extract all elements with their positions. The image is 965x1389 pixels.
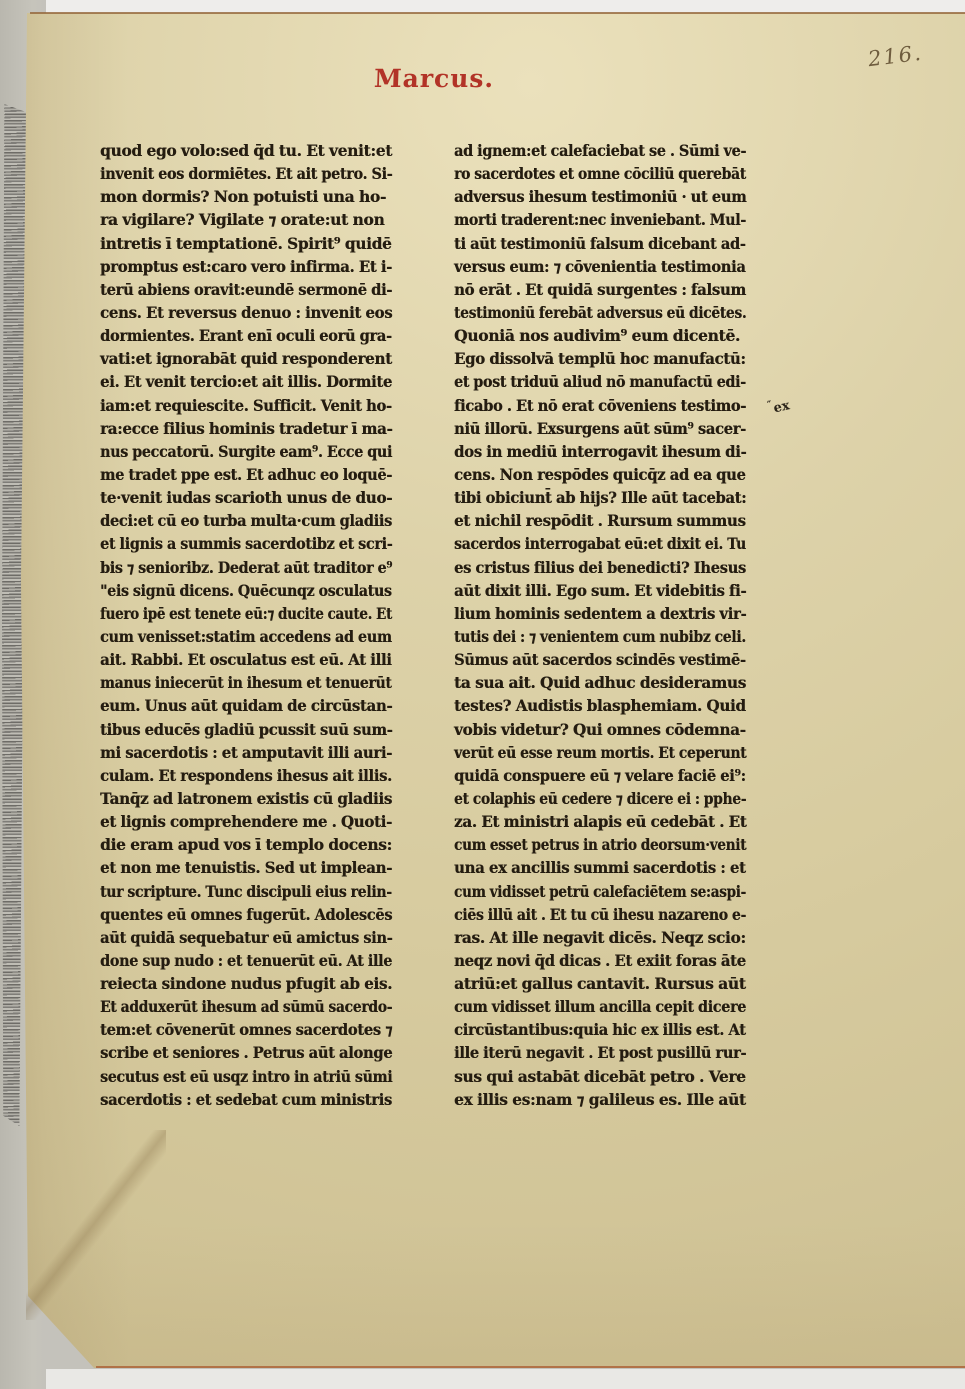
- text-line: mon dormis? Non potuisti una ho-: [100, 185, 392, 208]
- text-line: nus peccatorū. Surgite eam⁹. Ecce qui: [100, 440, 368, 463]
- text-line: aūt dixit illi. Ego sum. Et videbitis fi…: [454, 579, 734, 602]
- text-line: Quoniā nos audivim⁹ eum dicentē.: [454, 324, 746, 347]
- text-line: "eis signū dicens. Quēcunqz osculatus: [100, 579, 366, 602]
- text-line: nō erāt . Et quidā surgentes : falsum: [454, 278, 734, 301]
- text-line: ciēs illū ait . Et tu cū ihesu nazareno …: [454, 903, 717, 926]
- text-line: vobis videtur? Qui omnes cōdemna-: [454, 718, 740, 741]
- text-line: cum vidisset illum ancilla cepit dicere: [454, 995, 723, 1018]
- text-line: verūt eū esse reum mortis. Et ceperunt: [454, 741, 716, 764]
- manuscript-photo: Marcus. 216. ex quod ego volo:sed q̄d tu…: [0, 0, 965, 1389]
- text-line: ad ignem:et calefaciebat se . Sūmi ve-: [454, 139, 725, 162]
- text-line: morti traderent:nec inveniebant. Mul-: [454, 208, 721, 231]
- text-line: ras. At ille negavit dicēs. Neqz scio:: [454, 926, 743, 949]
- text-line: invenit eos dormiētes. Et ait petro. Si-: [100, 162, 370, 185]
- text-line: cum venisset:statim accedens ad eum: [100, 625, 370, 648]
- text-line: versus eum: ⁊ cōvenientia testimonia: [454, 255, 730, 278]
- text-line: Tanq̄z ad latronem existis cū gladiis: [100, 787, 385, 810]
- text-line: me tradet ppe est. Et adhuc eo loquē-: [100, 463, 373, 486]
- text-line: scribe et seniores . Petrus aūt alonge: [100, 1041, 376, 1064]
- text-line: tibi obiciunt̄ ab hijs? Ille aūt tacebat…: [454, 486, 731, 509]
- text-line: promptus est:caro vero infirma. Et i-: [100, 255, 380, 278]
- text-line: ait. Rabbi. Et osculatus est eū. At illi: [100, 648, 380, 671]
- text-line: testes? Audistis blasphemiam. Quid: [454, 694, 739, 717]
- text-line: lium hominis sedentem a dextris vir-: [454, 602, 733, 625]
- text-line: cum esset petrus in atrio deorsum·venit: [454, 833, 710, 856]
- text-line: atriū:et gallus cantavit. Rursus aūt: [454, 972, 746, 995]
- text-line: fuero ipē est tenete eū:⁊ ducite caute. …: [100, 602, 353, 625]
- text-line: bis ⁊ senioribz. Dederat aūt traditor e⁹: [100, 556, 368, 579]
- text-line: Sūmus aūt sacerdos scindēs vestimē-: [454, 648, 728, 671]
- text-line: manus iniecerūt in ihesum et tenuerūt: [100, 671, 363, 694]
- text-line: neqz novi q̄d dicas . Et exiit foras āte: [454, 949, 734, 972]
- photo-background-bottom: [0, 1369, 965, 1389]
- text-line: quentes eū omnes fugerūt. Adolescēs: [100, 903, 373, 926]
- text-line: cens. Non respōdes quicq̄z ad ea que: [454, 463, 732, 486]
- text-line: Ego dissolvā templū hoc manufactū:: [454, 347, 734, 370]
- text-line: una ex ancillis summi sacerdotis : et: [454, 856, 734, 879]
- text-line: sacerdos interrogabat eū:et dixit ei. Tu: [454, 532, 717, 555]
- text-line: et nichil respōdit . Rursum summus: [454, 509, 738, 532]
- text-line: sus qui astabāt dicebāt petro . Vere: [454, 1065, 744, 1088]
- text-line: te·venit iudas scarioth unus de duo-: [100, 486, 385, 509]
- text-line: dos in mediū interrogavit ihesum di-: [454, 440, 734, 463]
- text-line: eum. Unus aūt quidam de circūstan-: [100, 694, 380, 717]
- text-line: ro sacerdotes et omne cōciliū querebāt: [454, 162, 716, 185]
- text-line: dormientes. Erant enī oculi eorū gra-: [100, 324, 374, 347]
- text-line: ta sua ait. Quid adhuc desideramus: [454, 671, 743, 694]
- text-line: die eram apud vos ī templo docens:: [100, 833, 390, 856]
- text-line: ille iterū negavit . Et post pusillū rur…: [454, 1041, 728, 1064]
- page-bottom-edge: [96, 1366, 965, 1368]
- text-line: et lignis comprehendere me . Quoti-: [100, 810, 382, 833]
- text-line: circūstantibus:quia hic ex illis est. At: [454, 1018, 729, 1041]
- text-line: aūt quidā sequebatur eū amictus sin-: [100, 926, 374, 949]
- text-line: tibus educēs gladiū pcussit suū sum-: [100, 718, 377, 741]
- text-line: tem:et cōvenerūt omnes sacerdotes ⁊: [100, 1018, 376, 1041]
- text-line: quidā conspuere eū ⁊ velare faciē ei⁹:: [454, 764, 730, 787]
- text-line: ra:ecce filius hominis tradetur ī ma-: [100, 417, 383, 440]
- text-line: ex illis es:nam ⁊ galileus es. Ille aūt: [454, 1088, 744, 1111]
- text-column-left: quod ego volo:sed q̄d tu. Et venit:etinv…: [100, 139, 392, 1111]
- text-line: testimoniū ferebāt adversus eū dicētes.: [454, 301, 713, 324]
- text-line: niū illorū. Exsurgens aūt sūm⁹ sacer-: [454, 417, 730, 440]
- text-line: deci:et cū eo turba multa·cum gladiis: [100, 509, 373, 532]
- text-line: et post triduū aliud nō manufactū edi-: [454, 370, 721, 393]
- text-line: culam. Et respondens ihesus ait illis.: [100, 764, 378, 787]
- text-line: secutus est eū usqz intro in atriū sūmi: [100, 1065, 366, 1088]
- text-line: es cristus filius dei benedicti? Ihesus: [454, 556, 730, 579]
- text-line: Et adduxerūt ihesum ad sūmū sacerdo-: [100, 995, 361, 1018]
- text-line: quod ego volo:sed q̄d tu. Et venit:et: [100, 139, 390, 162]
- text-line: ficabo . Et nō erat cōveniens testimo-: [454, 394, 729, 417]
- text-line: et non me tenuistis. Sed ut implean-: [100, 856, 381, 879]
- text-line: adversus ihesum testimoniū · ut eum: [454, 185, 730, 208]
- text-line: ra vigilare? Vigilate ⁊ orate:ut non: [100, 208, 392, 231]
- text-line: cum vidisset petrū calefaciētem se:aspi-: [454, 880, 709, 903]
- text-line: za. Et ministri alapis eū cedebāt . Et: [454, 810, 738, 833]
- text-line: et colaphis eū cedere ⁊ dicere ei : pphe…: [454, 787, 714, 810]
- text-line: reiecta sindone nudus pfugit ab eis.: [100, 972, 385, 995]
- text-line: et lignis a summis sacerdotibz et scri-: [100, 532, 370, 555]
- text-line: mi sacerdotis : et amputavit illi auri-: [100, 741, 380, 764]
- text-line: ti aūt testimoniū falsum dicebant ad-: [454, 232, 728, 255]
- text-line: tur scripture. Tunc discipuli eius relin…: [100, 880, 363, 903]
- running-title: Marcus.: [373, 64, 494, 93]
- text-line: tutis dei : ⁊ venientem cum nubibz celi.: [454, 625, 716, 648]
- text-line: ei. Et venit tercio:et ait illis. Dormit…: [100, 370, 379, 393]
- text-line: iam:et requiescite. Sufficit. Venit ho-: [100, 394, 377, 417]
- text-line: cens. Et reversus denuo : invenit eos: [100, 301, 380, 324]
- text-line: terū abiens oravit:eundē sermonē di-: [100, 278, 376, 301]
- text-line: done sup nudo : et tenuerūt eū. At ille: [100, 949, 370, 972]
- page-top-edge: [30, 12, 965, 14]
- text-line: vati:et ignorabāt quid responderent: [100, 347, 385, 370]
- text-line: intretis ī temptationē. Spirit⁹ quidē: [100, 232, 389, 255]
- text-line: sacerdotis : et sedebat cum ministris: [100, 1088, 377, 1111]
- text-column-right: ad ignem:et calefaciebat se . Sūmi ve-ro…: [454, 139, 746, 1111]
